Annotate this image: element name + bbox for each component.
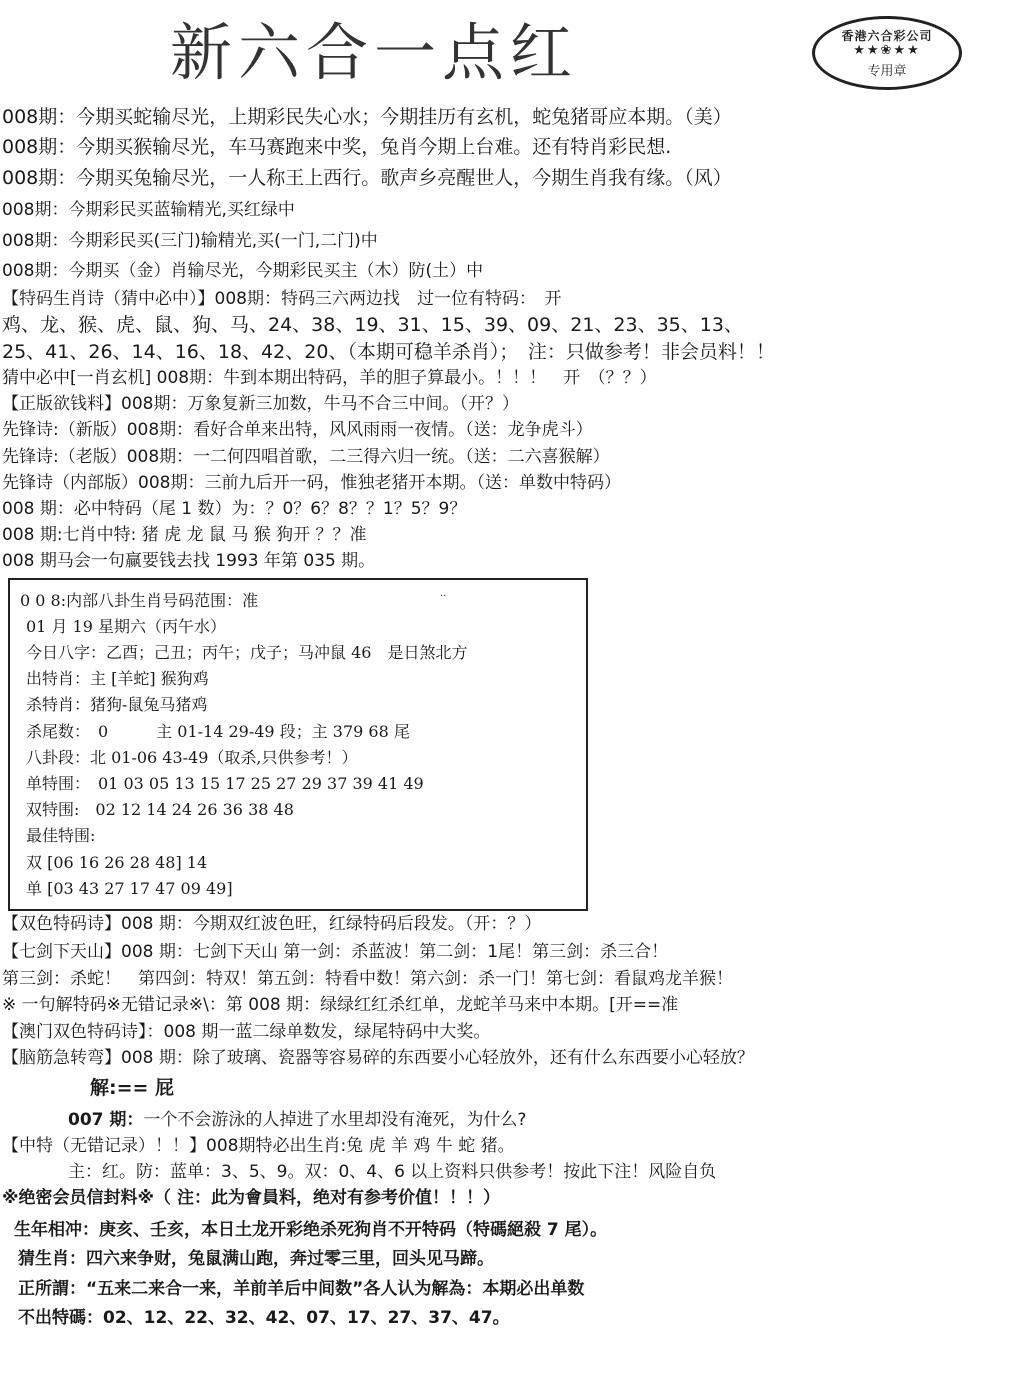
jockey-club-line: 008 期马会一句赢要钱去找 1993 年第 035 期。 — [2, 549, 375, 573]
box-row: 单 [03 43 27 17 47 09 49] — [26, 878, 233, 900]
zodiac-number-list: 25、41、26、14、16、18、42、20、（本期可稳羊杀肖）； 注：只做参… — [2, 340, 775, 364]
zodiac-number-list: 鸡、龙、猴、虎、鼠、狗、马、24、38、19、31、15、39、09、21、23… — [2, 313, 743, 337]
pioneer-poem-internal: 先锋诗（内部版）008期：三前九后开一码，惟独老猪开本期。（送：单数中特码） — [2, 471, 621, 495]
stamp-stars-icon: ★★❀★★ — [815, 44, 959, 58]
guaranteed-zodiac: 【中特（无错记录）！！】008期特必出生肖:兔 虎 羊 鸡 牛 蛇 猪。 — [2, 1134, 515, 1158]
one-zodiac-mystery: 猜中必中[一肖玄机] 008期：牛到本期出特码，羊的胆子算最小。！！！ 开 （？… — [2, 366, 657, 390]
box-row: 双特围: 02 12 14 24 26 36 38 48 — [26, 799, 294, 821]
brain-teaser: 【脑筋急转弯】008 期：除了玻璃、瓷器等容易碎的东西要小心轻放外，还有什么东西… — [2, 1046, 754, 1070]
seven-zodiac-line: 008 期:七肖中特: 猪 虎 龙 鼠 马 猴 狗开 ？？准 — [2, 523, 367, 547]
company-stamp: 香港六合彩公司 ★★❀★★ 专用章 — [812, 16, 962, 90]
pioneer-poem-old: 先锋诗:（老版）008期：一二何四唱首歌，二三得六归一统。（送：二六喜猴解） — [2, 445, 610, 469]
brain-teaser-answer: 解:== 屁 — [90, 1076, 174, 1100]
previous-riddle-label: 007 期： — [68, 1110, 143, 1130]
previous-riddle: 007 期：一个不会游泳的人掉进了水里却没有淹死，为什么? — [68, 1108, 526, 1132]
zodiac-poem-heading: 【特码生肖诗（猜中必中）】008期：特码三六两边找 过一位有特码： 开 — [2, 287, 561, 311]
previous-riddle-question: 一个不会游泳的人掉进了水里却没有淹死，为什么? — [143, 1110, 526, 1130]
one-line-riddle: ※ 一句解特码※无错记录※\：第 008 期：绿绿红红杀红单，龙蛇羊马来中本期。… — [2, 993, 678, 1017]
excluded-numbers: 不出特碼：02、12、22、32、42、07、17、27、37、47。 — [18, 1306, 510, 1330]
box-dots: .. — [440, 588, 446, 599]
pioneer-poem-new: 先锋诗:（新版）008期：看好合单来出特，风风雨雨一夜情。（送：龙争虎斗） — [2, 418, 593, 442]
tail-number-line: 008 期：必中特码（尾 1 数）为：？0？6？8？？1？5？9？ — [2, 497, 466, 521]
member-secret-heading: ※绝密会员信封料※（ 注：此为會員料，绝对有参考价值！！！） — [2, 1186, 500, 1210]
stamp-arc-text: 香港六合彩公司 — [815, 27, 959, 44]
page-title: 新六合一点红 — [170, 22, 578, 84]
member-row: 猜生肖：四六来争财，兔鼠满山跑，奔过零三里，回头见马蹄。 — [18, 1247, 494, 1271]
prediction-line: 008期：今期买蛇输尽光，上期彩民失心水；今期挂历有玄机，蛇兔猪哥应本期。（美） — [2, 105, 732, 129]
seven-swords-line: 【七剑下天山】008 期：七剑下天山 第一剑：杀蓝波！第二剑：1尾！第三剑：杀三… — [2, 940, 668, 964]
box-row: 最佳特围: — [26, 825, 95, 847]
box-heading: 0 0 8:内部八卦生肖号码范围：准 — [20, 590, 258, 612]
prediction-line: 008期：今期买猴输尽光，车马赛跑来中奖，兔肖今期上台难。还有特肖彩民想. — [2, 135, 671, 159]
stamp-label: 专用章 — [815, 60, 959, 79]
prediction-line: 008期：今期彩民买(三门)输精光,买(一门,二门)中 — [2, 229, 378, 253]
box-row: 01 月 19 星期六（丙午水） — [26, 616, 226, 638]
box-row: 双 [06 16 26 28 48] 14 — [26, 852, 207, 874]
macau-two-color-poem: 【澳门双色特码诗】：008 期一蓝二绿单数发，绿尾特码中大奖。 — [2, 1020, 490, 1044]
member-row: 正所謂：“五来二来合一来，羊前羊后中间数”各人认为解為：本期必出单数 — [18, 1277, 584, 1301]
two-color-poem: 【双色特码诗】008 期：今期双红波色旺，红绿特码后段发。（开：？） — [2, 912, 541, 936]
prediction-line: 008期：今期买（金）肖输尽光，今期彩民买主（木）防(土）中 — [2, 259, 483, 283]
bagua-info-box: 0 0 8:内部八卦生肖号码范围：准 .. 01 月 19 星期六（丙午水） 今… — [8, 578, 588, 911]
color-advice: 主：红。防：蓝单：3、5、9。双：0、4、6 以上资料只供参考！按此下注！风险自… — [68, 1160, 716, 1184]
box-row: 杀尾数： 0 主 01-14 29-49 段；主 379 68 尾 — [26, 721, 410, 743]
box-row: 单特围： 01 03 05 13 15 17 25 27 29 37 39 41… — [26, 773, 424, 795]
member-row: 生年相冲：庚亥、壬亥，本日土龙开彩绝杀死狗肖不开特码（特碼絕殺 7 尾）。 — [14, 1218, 607, 1242]
prediction-line: 008期：今期彩民买蓝输精光,买红绿中 — [2, 198, 295, 222]
genuine-material: 【正版欲钱料】008期：万象复新三加数，牛马不合三中间。（开？） — [2, 392, 519, 416]
box-row: 杀特肖：猪狗-鼠兔马猪鸡 — [26, 694, 207, 716]
box-row: 八卦段：北 01-06 43-49（取杀,只供参考！） — [26, 747, 358, 769]
box-row: 出特肖：主 [羊蛇] 猴狗鸡 — [26, 668, 209, 690]
box-row: 今日八字：乙酉；己丑；丙午；戊子；马冲鼠 46 是日煞北方 — [26, 642, 467, 664]
prediction-line: 008期：今期买兔输尽光，一人称王上西行。歌声乡亮醒世人，今期生肖我有缘。（风） — [2, 166, 732, 190]
seven-swords-line-2: 第三剑：杀蛇！ 第四剑：特双！第五剑：特看中数！第六剑：杀一门！第七剑：看鼠鸡龙… — [2, 967, 733, 991]
